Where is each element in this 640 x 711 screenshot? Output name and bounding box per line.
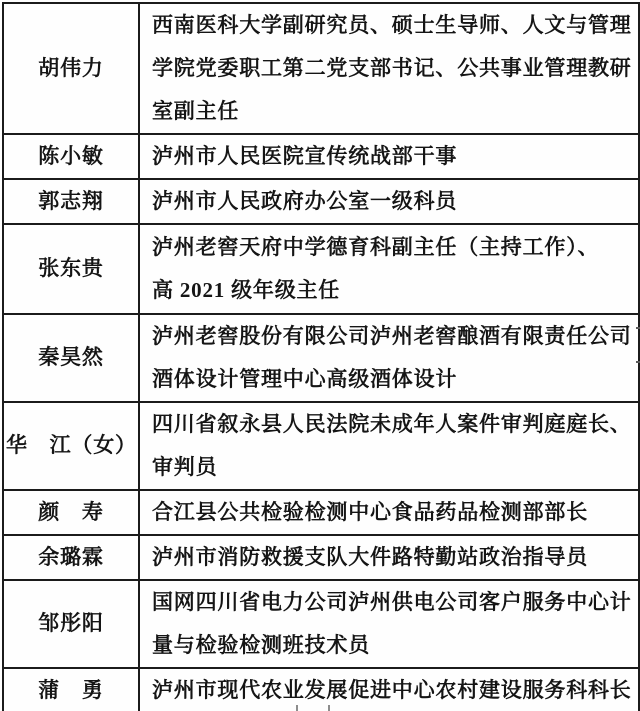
employee-name: 陈小敏	[3, 134, 139, 179]
scan-artifact-tick	[296, 705, 298, 711]
employee-name: 华 江（女）	[3, 402, 139, 490]
employee-name: 张东贵	[3, 224, 139, 314]
table-row: 张东贵 泸州老窖天府中学德育科副主任（主持工作）、 高 2021 级年级主任	[3, 224, 639, 314]
scan-artifact-dash	[636, 327, 640, 329]
table-row: 邹彤阳 国网四川省电力公司泸州供电公司客户服务中心计 量与检验检测班技术员	[3, 580, 639, 668]
employee-position: 四川省叙永县人民法院未成年人案件审判庭庭长、 审判员	[139, 402, 639, 490]
employee-name: 秦昊然	[3, 314, 139, 402]
personnel-table: 胡伟力 西南医科大学副研究员、硕士生导师、人文与管理 学院党委职工第二党支部书记…	[2, 2, 640, 711]
employee-position: 泸州老窖天府中学德育科副主任（主持工作）、 高 2021 级年级主任	[139, 224, 639, 314]
employee-position: 泸州市人民政府办公室一级科员	[139, 179, 639, 224]
table-row: 秦昊然 泸州老窖股份有限公司泸州老窖酿酒有限责任公司 酒体设计管理中心高级酒体设…	[3, 314, 639, 402]
table-row: 颜 寿 合江县公共检验检测中心食品药品检测部部长	[3, 490, 639, 535]
employee-name: 胡伟力	[3, 3, 139, 134]
employee-name: 邹彤阳	[3, 580, 139, 668]
table-row: 胡伟力 西南医科大学副研究员、硕士生导师、人文与管理 学院党委职工第二党支部书记…	[3, 3, 639, 134]
document-page: 胡伟力 西南医科大学副研究员、硕士生导师、人文与管理 学院党委职工第二党支部书记…	[0, 0, 640, 711]
employee-position: 泸州市人民医院宣传统战部干事	[139, 134, 639, 179]
table-row: 华 江（女） 四川省叙永县人民法院未成年人案件审判庭庭长、 审判员	[3, 402, 639, 490]
employee-position: 国网四川省电力公司泸州供电公司客户服务中心计 量与检验检测班技术员	[139, 580, 639, 668]
employee-position: 泸州市现代农业发展促进中心农村建设服务科科长	[139, 668, 639, 711]
employee-position: 合江县公共检验检测中心食品药品检测部部长	[139, 490, 639, 535]
employee-position: 泸州市消防救援支队大件路特勤站政治指导员	[139, 535, 639, 580]
table-row: 陈小敏 泸州市人民医院宣传统战部干事	[3, 134, 639, 179]
employee-name: 余璐霖	[3, 535, 139, 580]
table-row: 余璐霖 泸州市消防救援支队大件路特勤站政治指导员	[3, 535, 639, 580]
scan-artifact-dash	[636, 361, 640, 363]
table-row: 郭志翔 泸州市人民政府办公室一级科员	[3, 179, 639, 224]
employee-name: 颜 寿	[3, 490, 139, 535]
employee-position: 西南医科大学副研究员、硕士生导师、人文与管理 学院党委职工第二党支部书记、公共事…	[139, 3, 639, 134]
employee-name: 蒲 勇	[3, 668, 139, 711]
table-row: 蒲 勇 泸州市现代农业发展促进中心农村建设服务科科长	[3, 668, 639, 711]
employee-position: 泸州老窖股份有限公司泸州老窖酿酒有限责任公司 酒体设计管理中心高级酒体设计	[139, 314, 639, 402]
scan-artifact-tick	[328, 705, 330, 711]
employee-name: 郭志翔	[3, 179, 139, 224]
